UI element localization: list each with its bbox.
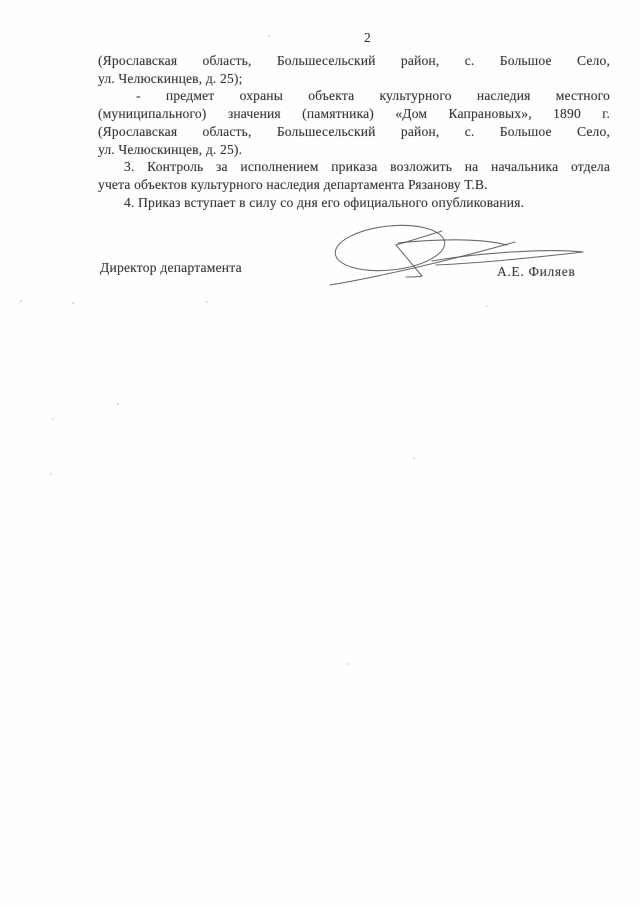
- scan-speck: [117, 403, 119, 405]
- scanned-document-page: 2 (Ярославская область, Большесельский р…: [0, 0, 640, 905]
- scan-speck: [50, 473, 52, 475]
- scan-speck: [486, 305, 488, 307]
- text-line: (Ярославская область, Большесельский рай…: [98, 52, 610, 70]
- text-line: 4. Приказ вступает в силу со дня его офи…: [98, 194, 610, 212]
- text-line: учета объектов культурного наследия депа…: [98, 176, 610, 194]
- scan-speck: [20, 300, 22, 302]
- scan-speck: [346, 663, 348, 665]
- scan-speck: [52, 418, 54, 420]
- document-body: (Ярославская область, Большесельский рай…: [98, 52, 610, 211]
- signer-name: А.Е. Филяев: [497, 264, 575, 280]
- text-line: 3. Контроль за исполнением приказа возло…: [98, 158, 610, 176]
- scan-speck: [206, 301, 208, 303]
- signer-title: Директор департамента: [100, 260, 242, 276]
- scan-speck: [72, 302, 74, 304]
- text-line: ул. Челюскинцев, д. 25).: [98, 141, 610, 159]
- scan-speck: [268, 35, 270, 37]
- text-line: (Ярославская область, Большесельский рай…: [98, 123, 610, 141]
- scan-speck: [413, 457, 415, 459]
- text-line: ул. Челюскинцев, д. 25);: [98, 70, 610, 88]
- handwritten-signature-icon: [323, 217, 601, 297]
- text-line: - предмет охраны объекта культурного нас…: [98, 87, 610, 105]
- page-number: 2: [364, 30, 371, 46]
- text-line: (муниципального) значения (памятника) «Д…: [98, 105, 610, 123]
